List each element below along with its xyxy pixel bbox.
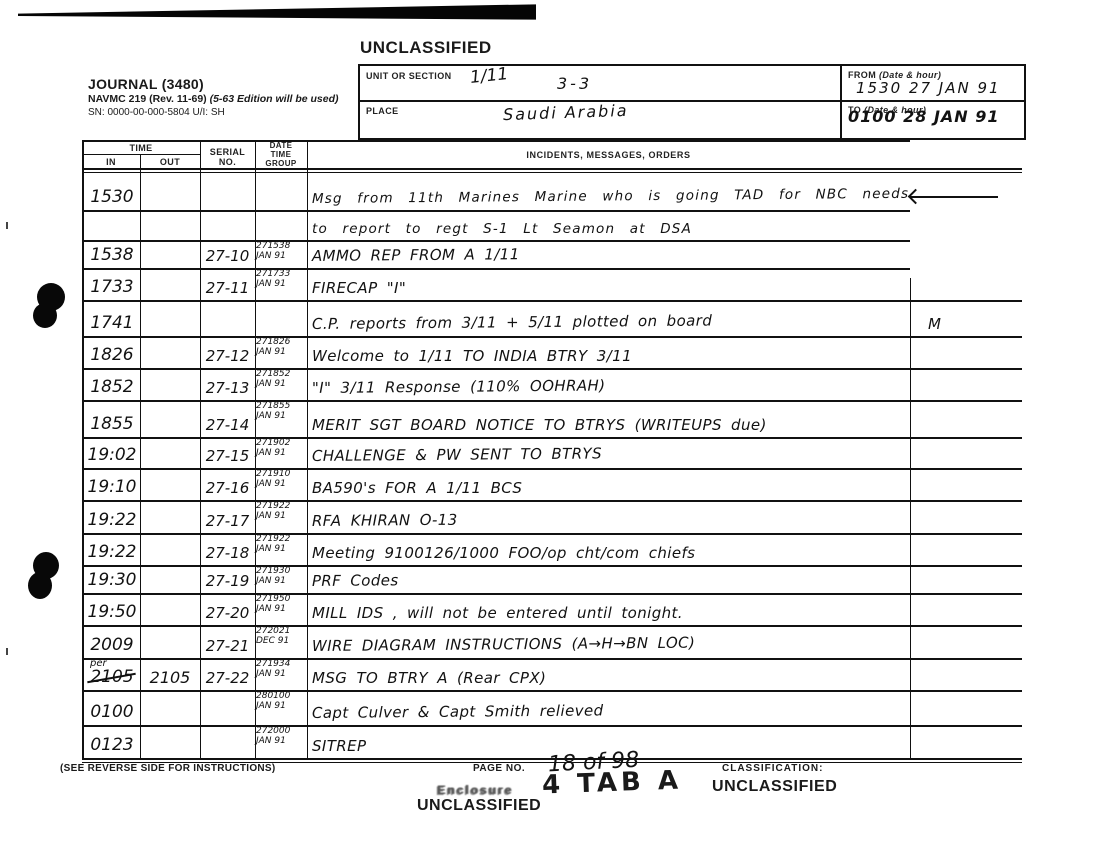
cell-dtg: 271934 JAN 91 <box>256 659 308 679</box>
cell-dtg-line2: JAN 91 <box>256 736 308 746</box>
cell-dtg-line2: JAN 91 <box>256 347 308 357</box>
cell-dtg: 271733 JAN 91 <box>256 269 308 289</box>
journal-row-2: to report to regt S-1 Lt Seamon at DSA <box>82 210 1022 240</box>
col-header-dtg-line2: TIME <box>271 150 292 159</box>
cell-dtg: 271922 JAN 91 <box>256 534 308 554</box>
place-label: PLACE <box>366 106 399 116</box>
from-value: 1530 27 JAN 91 <box>856 79 1001 97</box>
cell-time-in: 1733 <box>84 277 140 297</box>
journal-row-9: 19:02 27-15 271902 JAN 91 CHALLENGE & PW… <box>82 437 1022 468</box>
cell-dtg-line1: 272021 <box>256 626 308 636</box>
journal-row-6: 1826 27-12 271826 JAN 91 Welcome to 1/11… <box>82 336 1022 368</box>
table-line <box>82 593 1022 595</box>
cell-dtg-line2: JAN 91 <box>256 576 308 586</box>
classification-label: CLASSIFICATION: <box>722 763 823 774</box>
cell-time-in: 1826 <box>84 345 140 365</box>
col-header-serial-line1: SERIAL <box>210 147 245 157</box>
col-header-out: OUT <box>140 157 200 167</box>
journal-row-1: 1530 Msg from 11th Marines Marine who is… <box>82 172 1022 210</box>
cell-dtg-line1: 271934 <box>256 659 308 669</box>
cell-dtg-line1: 271855 <box>256 401 308 411</box>
cell-serial: 27-22 <box>200 669 255 687</box>
cell-entry: "I" 3/11 Response (110% OOHRAH) <box>312 374 904 397</box>
scan-mark-artifact <box>6 222 8 229</box>
cell-dtg-line1: 271930 <box>256 566 308 576</box>
header-box-divider <box>360 100 1024 102</box>
table-line <box>82 336 1022 338</box>
cell-entry: to report to regt S-1 Lt Seamon at DSA <box>312 221 904 237</box>
table-line <box>82 240 910 242</box>
cell-time-in: 19:22 <box>84 542 140 562</box>
scan-streak-artifact <box>18 4 536 20</box>
cell-dtg-line1: 280100 <box>256 691 308 701</box>
form-number: NAVMC 219 (Rev. 11-69) <box>88 93 207 105</box>
journal-form-page: UNCLASSIFIED JOURNAL (3480) NAVMC 219 (R… <box>0 0 1094 850</box>
journal-table: TIME IN OUT SERIAL NO. DATE TIME GROUP I… <box>82 140 1022 762</box>
col-header-serial: SERIAL NO. <box>200 147 255 167</box>
top-classification: UNCLASSIFIED <box>360 38 492 58</box>
cell-serial: 27-16 <box>200 479 255 497</box>
table-line <box>82 565 1022 567</box>
journal-row-10: 19:10 27-16 271910 JAN 91 BA590's FOR A … <box>82 468 1022 500</box>
journal-row-15: 2009 27-21 272021 DEC 91 WIRE DIAGRAM IN… <box>82 625 1022 658</box>
cell-entry: MSG TO BTRY A (Rear CPX) <box>312 669 904 687</box>
col-header-incidents: INCIDENTS, MESSAGES, ORDERS <box>307 150 910 160</box>
cell-dtg-line1: 271922 <box>256 534 308 544</box>
table-line <box>82 300 1022 302</box>
cell-entry: Capt Culver & Capt Smith relieved <box>312 699 904 722</box>
journal-row-7: 1852 27-13 271852 JAN 91 "I" 3/11 Respon… <box>82 368 1022 400</box>
cell-note: M <box>918 315 1028 333</box>
cell-serial: 27-14 <box>200 416 255 434</box>
cell-dtg-line1: 271733 <box>256 269 308 279</box>
journal-row-8: 1855 27-14 271855 JAN 91 MERIT SGT BOARD… <box>82 400 1022 437</box>
table-line <box>82 210 910 212</box>
cell-dtg-line1: 271910 <box>256 469 308 479</box>
cell-dtg: 280100 JAN 91 <box>256 691 308 711</box>
cell-time-in: 0100 <box>84 702 140 722</box>
cell-entry: WIRE DIAGRAM INSTRUCTIONS (A→H→BN LOC) <box>312 632 904 655</box>
col-header-time: TIME <box>82 143 200 153</box>
cell-dtg-line2: JAN 91 <box>256 251 308 261</box>
cell-serial: 27-21 <box>200 637 255 655</box>
scan-mark-artifact <box>6 648 8 655</box>
journal-row-11: 19:22 27-17 271922 JAN 91 RFA KHIRAN O-1… <box>82 500 1022 533</box>
cell-dtg-line2: JAN 91 <box>256 604 308 614</box>
unit-value: 1/11 <box>469 64 509 88</box>
cell-entry: AMMO REP FROM A 1/11 <box>312 242 904 265</box>
cell-dtg: 271950 JAN 91 <box>256 594 308 614</box>
enclosure-stamp: Enclosure <box>437 783 513 797</box>
cell-dtg: 271930 JAN 91 <box>256 566 308 586</box>
form-title: JOURNAL (3480) <box>88 76 204 92</box>
header-box: UNIT OR SECTION PLACE FROM (Date & hour)… <box>358 64 1026 140</box>
cell-time-in-correction: per <box>90 658 107 669</box>
cell-serial: 27-17 <box>200 512 255 530</box>
table-line <box>82 690 1022 692</box>
cell-dtg-line2: JAN 91 <box>256 279 308 289</box>
cell-serial: 27-15 <box>200 447 255 465</box>
unit-or-section-label: UNIT OR SECTION <box>366 71 452 81</box>
table-line <box>82 658 1022 660</box>
page-no-label: PAGE NO. <box>473 763 525 774</box>
cell-time-in: 2105per <box>84 667 140 687</box>
form-edition-note: (5-63 Edition will be used) <box>210 93 339 105</box>
cell-entry: RFA KHIRAN O-13 <box>312 507 904 530</box>
cell-entry: C.P. reports from 3/11 + 5/11 plotted on… <box>312 310 904 333</box>
cell-entry: Welcome to 1/11 TO INDIA BTRY 3/11 <box>312 347 904 365</box>
cell-time-in: 1852 <box>84 377 140 397</box>
table-line <box>82 140 910 142</box>
journal-row-14: 19:50 27-20 271950 JAN 91 MILL IDS , wil… <box>82 593 1022 625</box>
cell-time-in: 1855 <box>84 414 140 434</box>
cell-dtg-line2: JAN 91 <box>256 411 308 421</box>
cell-time-out: 2105 <box>140 668 200 687</box>
cell-dtg-line1: 271538 <box>256 241 308 251</box>
cell-time-in: 2009 <box>84 635 140 655</box>
cell-time-in: 19:50 <box>84 602 140 622</box>
table-line <box>82 533 1022 535</box>
journal-row-13: 19:30 27-19 271930 JAN 91 PRF Codes <box>82 565 1022 593</box>
col-header-dtg: DATE TIME GROUP <box>255 141 307 168</box>
cell-entry: FIRECAP "I" <box>312 279 904 297</box>
cell-dtg-line1: 271950 <box>256 594 308 604</box>
cell-time-in: 19:02 <box>84 445 140 465</box>
table-line <box>82 268 910 270</box>
left-arrow-icon <box>910 196 998 198</box>
col-header-dtg-line1: DATE <box>270 141 293 150</box>
cell-time-in: 19:30 <box>84 570 140 590</box>
cell-time-in: 1741 <box>84 313 140 333</box>
cell-entry: Meeting 9100126/1000 FOO/op cht/com chie… <box>312 544 904 562</box>
table-line <box>82 500 1022 502</box>
cell-dtg-line2: JAN 91 <box>256 379 308 389</box>
table-line <box>82 468 1022 470</box>
cell-serial: 27-20 <box>200 604 255 622</box>
cell-dtg: 271902 JAN 91 <box>256 438 308 458</box>
to-value: 0100 28 JAN 91 <box>848 107 1000 126</box>
cell-time-in: 19:10 <box>84 477 140 497</box>
cell-dtg-line1: 272000 <box>256 726 308 736</box>
cell-entry: BA590's FOR A 1/11 BCS <box>312 479 904 497</box>
cell-time-in: 1538 <box>84 245 140 265</box>
journal-row-12: 19:22 27-18 271922 JAN 91 Meeting 910012… <box>82 533 1022 565</box>
journal-row-17: 0100 280100 JAN 91 Capt Culver & Capt Sm… <box>82 690 1022 725</box>
cell-serial: 27-10 <box>200 247 255 265</box>
cell-time-in: 19:22 <box>84 510 140 530</box>
classification-value: UNCLASSIFIED <box>712 778 837 796</box>
col-header-dtg-line3: GROUP <box>265 159 296 168</box>
cell-dtg: 271855 JAN 91 <box>256 401 308 421</box>
cell-entry: Msg from 11th Marines Marine who is goin… <box>312 186 904 207</box>
col-header-serial-line2: NO. <box>219 157 236 167</box>
cell-serial: 27-12 <box>200 347 255 365</box>
journal-row-16: 2105per 2105 27-22 271934 JAN 91 MSG TO … <box>82 658 1022 690</box>
cell-dtg-line2: JAN 91 <box>256 511 308 521</box>
header-box-vertical-divider <box>840 66 842 138</box>
cell-dtg: 271922 JAN 91 <box>256 501 308 521</box>
ink-blob-artifact <box>33 283 67 329</box>
form-subtitle: NAVMC 219 (Rev. 11-69) (5-63 Edition wil… <box>88 93 339 105</box>
cell-serial: 27-13 <box>200 379 255 397</box>
cell-dtg: 271826 JAN 91 <box>256 337 308 357</box>
cell-dtg: 271852 JAN 91 <box>256 369 308 389</box>
reverse-side-note: (SEE REVERSE SIDE FOR INSTRUCTIONS) <box>60 763 276 774</box>
cell-dtg-line2: JAN 91 <box>256 448 308 458</box>
table-line <box>82 400 1022 402</box>
journal-row-3: 1538 27-10 271538 JAN 91 AMMO REP FROM A… <box>82 240 1022 268</box>
cell-dtg-line1: 271852 <box>256 369 308 379</box>
cell-dtg: 271538 JAN 91 <box>256 241 308 261</box>
table-line <box>82 168 1022 170</box>
cell-entry: MILL IDS , will not be entered until ton… <box>312 604 904 622</box>
cell-dtg-line1: 271922 <box>256 501 308 511</box>
cell-serial: 27-18 <box>200 544 255 562</box>
cell-dtg-line1: 271826 <box>256 337 308 347</box>
cell-time-in: 0123 <box>84 735 140 755</box>
cell-serial: 27-11 <box>200 279 255 297</box>
cell-dtg: 272000 JAN 91 <box>256 726 308 746</box>
cell-entry: MERIT SGT BOARD NOTICE TO BTRYS (WRITEUP… <box>312 416 904 434</box>
table-line <box>82 437 1022 439</box>
section-value: 3-3 <box>557 74 592 93</box>
form-stock-number: SN: 0000-00-000-5804 U/I: SH <box>88 107 225 118</box>
cell-time-in: 1530 <box>84 187 140 207</box>
journal-row-4: 1733 27-11 271733 JAN 91 FIRECAP "I" <box>82 268 1022 300</box>
cell-entry: PRF Codes <box>312 567 904 590</box>
cell-dtg-line2: JAN 91 <box>256 669 308 679</box>
cell-dtg-line2: DEC 91 <box>256 636 308 646</box>
cell-dtg-line1: 271902 <box>256 438 308 448</box>
cell-dtg-line2: JAN 91 <box>256 701 308 711</box>
ink-blob-artifact <box>28 552 60 600</box>
enclosure-value: 4 TAB A <box>542 766 683 801</box>
cell-dtg: 272021 DEC 91 <box>256 626 308 646</box>
cell-dtg-line2: JAN 91 <box>256 544 308 554</box>
cell-dtg: 271910 JAN 91 <box>256 469 308 489</box>
cell-serial: 27-19 <box>200 572 255 590</box>
cell-dtg-line2: JAN 91 <box>256 479 308 489</box>
table-line <box>82 368 1022 370</box>
bottom-classification: UNCLASSIFIED <box>417 797 541 815</box>
table-line <box>82 625 1022 627</box>
table-line <box>82 725 1022 727</box>
cell-entry: CHALLENGE & PW SENT TO BTRYS <box>312 442 904 465</box>
table-line <box>82 154 200 155</box>
journal-row-5: 1741 C.P. reports from 3/11 + 5/11 plott… <box>82 300 1022 336</box>
col-header-in: IN <box>82 157 140 167</box>
